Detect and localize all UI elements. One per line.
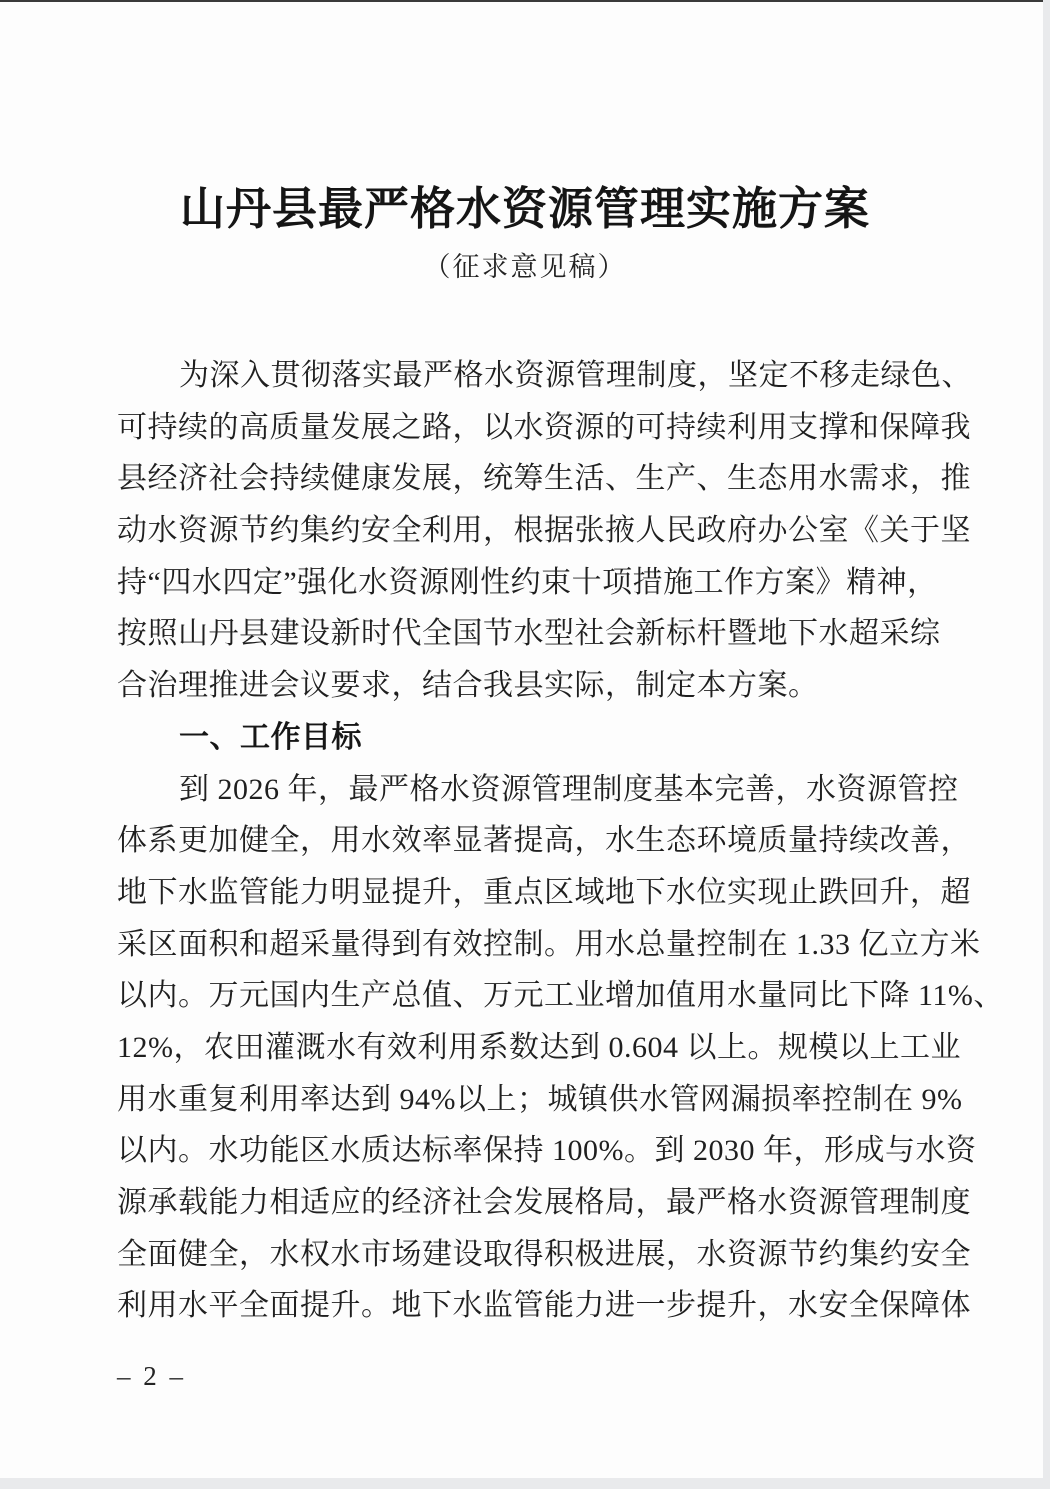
- body-line: 持“四水四定”强化水资源刚性约束十项措施工作方案》精神，: [117, 557, 907, 609]
- body-line: 利用水平全面提升。地下水监管能力进一步提升，水安全保障体: [117, 1280, 907, 1332]
- document-body: 为深入贯彻落实最严格水资源管理制度，坚定不移走绿色、 可持续的高质量发展之路，以…: [117, 350, 907, 1332]
- body-line: 县经济社会持续健康发展，统筹生活、生产、生态用水需求，推: [117, 453, 907, 505]
- body-line: 地下水监管能力明显提升，重点区域地下水位实现止跌回升，超: [117, 867, 907, 919]
- body-line: 以内。万元国内生产总值、万元工业增加值用水量同比下降 11%、: [117, 970, 907, 1022]
- body-line: 按照山丹县建设新时代全国节水型社会新标杆暨地下水超采综: [117, 608, 907, 660]
- body-line: 用水重复利用率达到 94%以上；城镇供水管网漏损率控制在 9%: [117, 1074, 907, 1126]
- document-subtitle: （征求意见稿）: [0, 247, 1050, 287]
- body-line: 为深入贯彻落实最严格水资源管理制度，坚定不移走绿色、: [117, 350, 907, 402]
- scan-edge-bottom: [0, 1478, 1050, 1489]
- body-line: 以内。水功能区水质达标率保持 100%。到 2030 年，形成与水资: [117, 1125, 907, 1177]
- scanned-document-page: 山丹县最严格水资源管理实施方案 （征求意见稿） 为深入贯彻落实最严格水资源管理制…: [0, 0, 1050, 1489]
- scan-edge-top: [0, 0, 1050, 2]
- body-line: 全面健全，水权水市场建设取得积极进展，水资源节约集约安全: [117, 1229, 907, 1281]
- body-line: 12%，农田灌溉水有效利用系数达到 0.604 以上。规模以上工业: [117, 1022, 907, 1074]
- body-line: 到 2026 年，最严格水资源管理制度基本完善，水资源管控: [117, 764, 907, 816]
- body-line: 可持续的高质量发展之路，以水资源的可持续利用支撑和保障我: [117, 402, 907, 454]
- body-line: 体系更加健全，用水效率显著提高，水生态环境质量持续改善，: [117, 815, 907, 867]
- document-title: 山丹县最严格水资源管理实施方案: [0, 183, 1050, 235]
- body-line: 源承载能力相适应的经济社会发展格局，最严格水资源管理制度: [117, 1177, 907, 1229]
- body-line: 采区面积和超采量得到有效控制。用水总量控制在 1.33 亿立方米: [117, 919, 907, 971]
- body-line: 合治理推进会议要求，结合我县实际，制定本方案。: [117, 660, 907, 712]
- scan-edge-right: [1043, 0, 1050, 1489]
- section-heading: 一、工作目标: [117, 712, 907, 764]
- body-line: 动水资源节约集约安全利用，根据张掖人民政府办公室《关于坚: [117, 505, 907, 557]
- page-number: – 2 –: [117, 1356, 186, 1396]
